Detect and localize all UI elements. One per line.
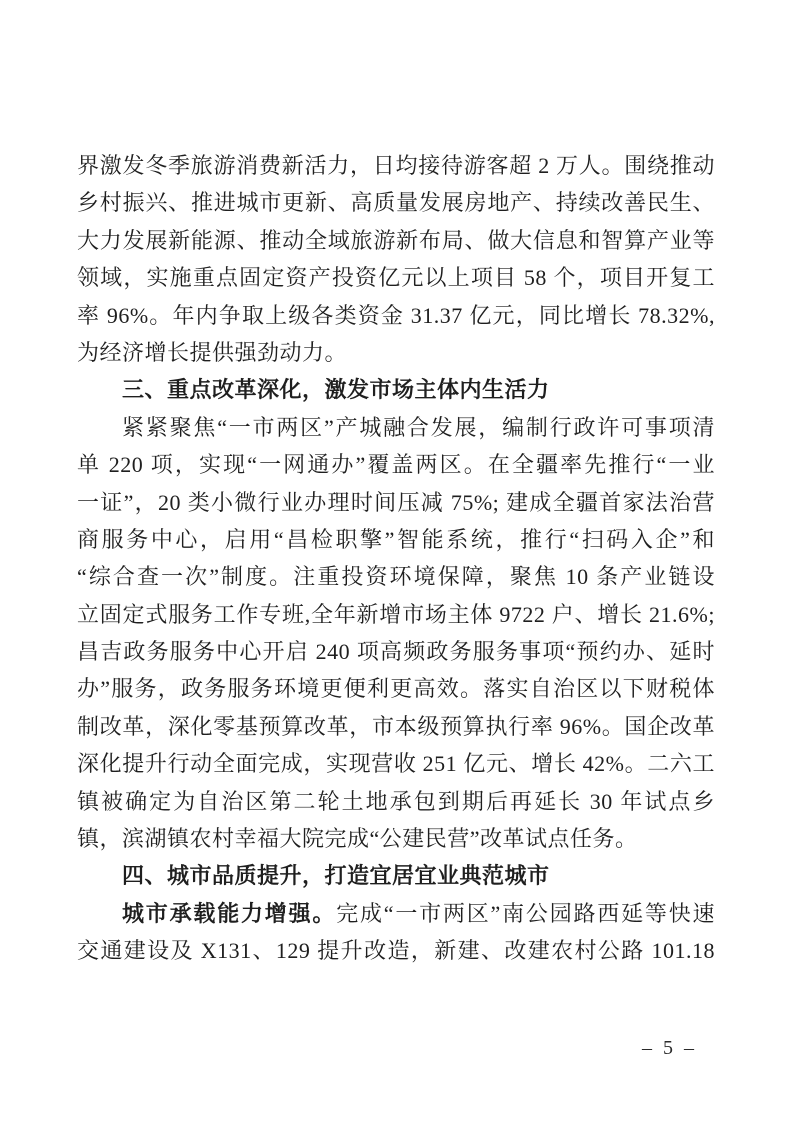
section-heading-four: 四、城市品质提升，打造宜居宜业典范城市 <box>77 857 715 894</box>
body-text-line: 领域，实施重点固定资产投资亿元以上项目 58 个，项目开复工 <box>77 259 715 296</box>
body-text-line: 昌吉政务服务中心开启 240 项高频政务服务事项“预约办、延时 <box>77 633 715 670</box>
body-text-line: 镇，滨湖镇农村幸福大院完成“公建民营”改革试点任务。 <box>77 820 715 857</box>
body-text-line: 为经济增长提供强劲动力。 <box>77 334 715 371</box>
body-text-span: 完成“一市两区”南公园路西延等快速 <box>336 901 715 926</box>
body-text-line: 办”服务，政务服务环境更便利更高效。落实自治区以下财税体 <box>77 670 715 707</box>
body-text-line: 乡村振兴、推进城市更新、高质量发展房地产、持续改善民生、 <box>77 184 715 221</box>
page-body-text: 界激发冬季旅游消费新活力，日均接待游客超 2 万人。围绕推动 乡村振兴、推进城市… <box>77 147 715 970</box>
body-text-line: 制改革，深化零基预算改革，市本级预算执行率 96%。国企改革 <box>77 708 715 745</box>
bold-lead-text: 城市承载能力增强。 <box>122 901 336 926</box>
body-text-line: “综合查一次”制度。注重投资环境保障，聚焦 10 条产业链设 <box>77 558 715 595</box>
body-text-line: 镇被确定为自治区第二轮土地承包到期后再延长 30 年试点乡 <box>77 783 715 820</box>
section-heading-three: 三、重点改革深化，激发市场主体内生活力 <box>77 371 715 408</box>
body-text-line: 一证”，20 类小微行业办理时间压减 75%; 建成全疆首家法治营 <box>77 484 715 521</box>
body-text-line: 单 220 项，实现“一网通办”覆盖两区。在全疆率先推行“一业 <box>77 446 715 483</box>
body-text-line: 城市承载能力增强。完成“一市两区”南公园路西延等快速 <box>77 895 715 932</box>
page-number: – 5 – <box>642 1034 697 1062</box>
document-page: 界激发冬季旅游消费新活力，日均接待游客超 2 万人。围绕推动 乡村振兴、推进城市… <box>0 0 793 1122</box>
body-text-line: 大力发展新能源、推动全域旅游新布局、做大信息和智算产业等 <box>77 222 715 259</box>
body-text-line: 紧紧聚焦“一市两区”产城融合发展，编制行政许可事项清 <box>77 409 715 446</box>
body-text-line: 界激发冬季旅游消费新活力，日均接待游客超 2 万人。围绕推动 <box>77 147 715 184</box>
body-text-line: 深化提升行动全面完成，实现营收 251 亿元、增长 42%。二六工 <box>77 745 715 782</box>
body-text-line: 立固定式服务工作专班,全年新增市场主体 9722 户、增长 21.6%; <box>77 596 715 633</box>
body-text-line: 交通建设及 X131、129 提升改造，新建、改建农村公路 101.18 <box>77 932 715 969</box>
body-text-line: 商服务中心，启用“昌检职擎”智能系统，推行“扫码入企”和 <box>77 521 715 558</box>
body-text-line: 率 96%。年内争取上级各类资金 31.37 亿元，同比增长 78.32%, <box>77 297 715 334</box>
